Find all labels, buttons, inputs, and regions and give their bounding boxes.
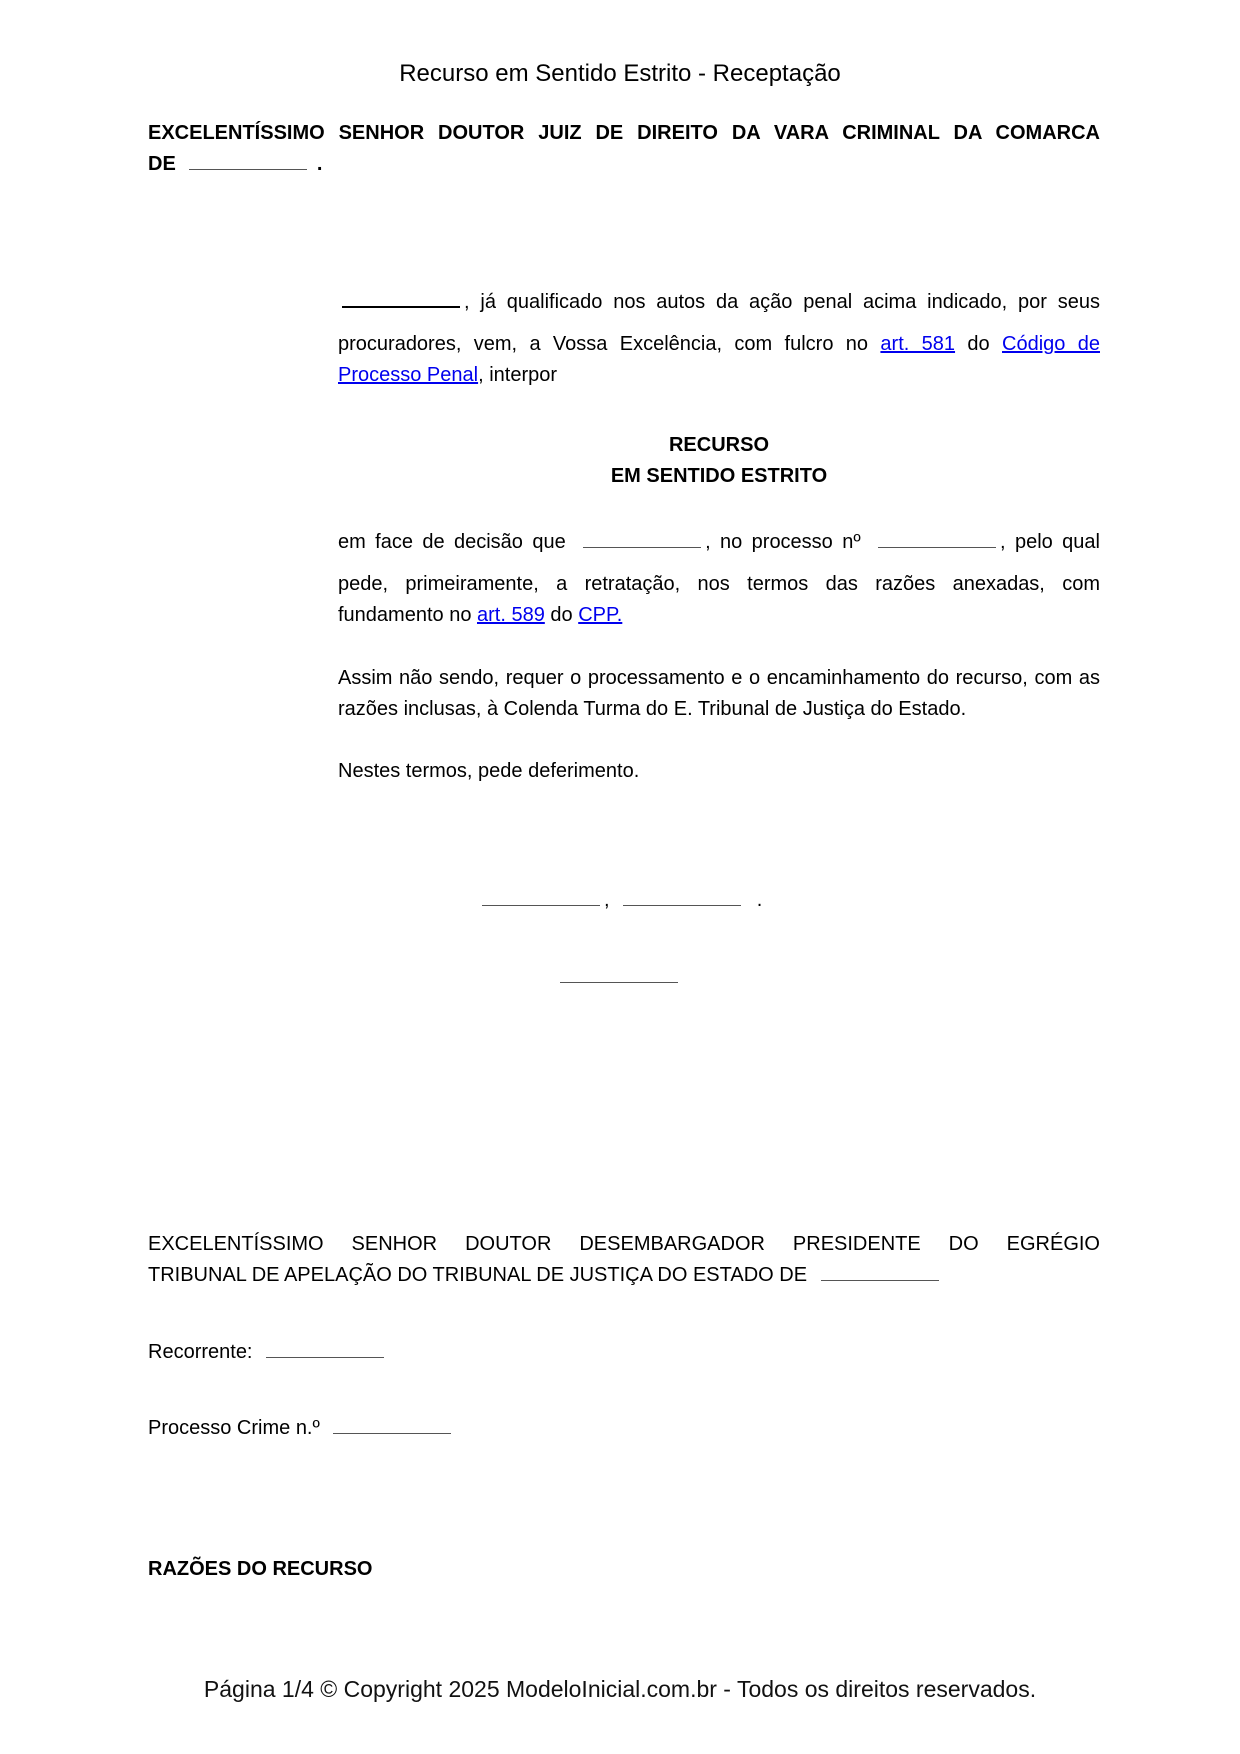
link-cpp[interactable]: CPP. (578, 604, 622, 626)
processo-blank (333, 1432, 451, 1434)
appeal-title-line1: RECURSO (338, 430, 1100, 461)
decision-paragraph: em face de decisão que , no processo nº … (338, 527, 1100, 631)
comarca-blank (189, 168, 307, 170)
address-judge-prefix: DE (148, 153, 176, 175)
signature-line (560, 962, 690, 993)
signature-blank (560, 981, 678, 983)
decision-text-3: , pelo qual (1000, 531, 1100, 553)
link-art-589[interactable]: art. 589 (477, 604, 545, 626)
processo-label: Processo Crime n.º (148, 1417, 320, 1439)
place-date-period: . (757, 889, 763, 911)
intro-text-2: procuradores, vem, a Vossa Excelência, c… (338, 333, 868, 355)
decision-text-1: em face de decisão que (338, 531, 566, 553)
closing-text: Nestes termos, pede deferimento. (338, 756, 1100, 787)
address-court-line1: EXCELENTÍSSIMO SENHOR DOUTOR DESEMBARGAD… (148, 1229, 1100, 1260)
address-court-line2: TRIBUNAL DE APELAÇÃO DO TRIBUNAL DE JUST… (148, 1260, 1100, 1291)
intro-tail: , interpor (478, 364, 557, 386)
address-court-line2-text: TRIBUNAL DE APELAÇÃO DO TRIBUNAL DE JUST… (148, 1264, 807, 1286)
processo-field: Processo Crime n.º (148, 1413, 1100, 1444)
recorrente-label: Recorrente: (148, 1341, 253, 1363)
address-judge-line2: DE . (148, 149, 1100, 180)
intro-line2: procuradores, vem, a Vossa Excelência, c… (338, 329, 1100, 391)
decision-line1: em face de decisão que , no processo nº … (338, 527, 1100, 558)
address-judge-suffix: . (317, 153, 323, 175)
intro-text-1: , já qualificado nos autos da ação penal… (464, 291, 1100, 313)
intro-paragraph: , já qualificado nos autos da ação penal… (338, 287, 1100, 391)
decision-line2: pede, primeiramente, a retratação, nos t… (338, 569, 1100, 631)
intro-line1: , já qualificado nos autos da ação penal… (338, 287, 1100, 318)
recorrente-field: Recorrente: (148, 1337, 1100, 1368)
state-blank (821, 1279, 939, 1281)
decision-text-2: , no processo nº (705, 531, 861, 553)
recorrente-blank (266, 1356, 384, 1358)
process-number-blank (878, 546, 996, 548)
decision-connector: do (550, 604, 572, 626)
decision-blank (583, 546, 701, 548)
document-header-title: Recurso em Sentido Estrito - Receptação (0, 60, 1240, 88)
date-blank (623, 904, 741, 906)
party-name-blank (342, 306, 460, 308)
decision-text-4: pede, primeiramente, a retratação, nos t… (338, 573, 1100, 626)
page-footer: Página 1/4 © Copyright 2025 ModeloInicia… (0, 1676, 1240, 1703)
request-paragraph: Assim não sendo, requer o processamento … (338, 663, 1100, 725)
appeal-title: RECURSO EM SENTIDO ESTRITO (338, 430, 1100, 492)
place-blank (482, 904, 600, 906)
section-title-razoes: RAZÕES DO RECURSO (148, 1554, 1100, 1585)
place-date-comma: , (604, 889, 610, 911)
address-court: EXCELENTÍSSIMO SENHOR DOUTOR DESEMBARGAD… (148, 1229, 1100, 1291)
link-art-581[interactable]: art. 581 (880, 333, 955, 355)
place-date-line: , . (482, 885, 782, 916)
intro-connector: do (967, 333, 989, 355)
address-judge-line1: EXCELENTÍSSIMO SENHOR DOUTOR JUIZ DE DIR… (148, 118, 1100, 149)
appeal-title-line2: EM SENTIDO ESTRITO (338, 461, 1100, 492)
address-judge: EXCELENTÍSSIMO SENHOR DOUTOR JUIZ DE DIR… (148, 118, 1100, 180)
